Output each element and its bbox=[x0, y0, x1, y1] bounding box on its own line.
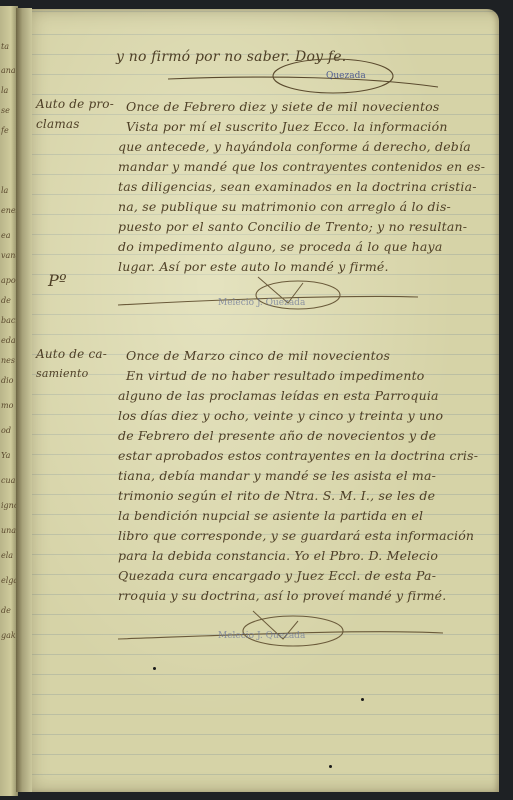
entry-title-line: samiento bbox=[36, 367, 88, 380]
signature-stamp: Quezada bbox=[326, 71, 366, 81]
entry-line: para la debida constancia. Yo el Pbro. D… bbox=[118, 548, 438, 563]
entry-line: mandar y mandé que los contrayentes cont… bbox=[118, 159, 485, 174]
entry-line: tiana, debía mandar y mandé se les asist… bbox=[118, 468, 436, 483]
paper-speck bbox=[361, 698, 364, 701]
entry-line: tas diligencias, sean examinados en la d… bbox=[118, 179, 477, 194]
entry-line: trimonio según el rito de Ntra. S. M. I.… bbox=[118, 488, 435, 503]
entry-line: Once de Febrero diez y siete de mil nove… bbox=[126, 99, 440, 114]
entry-line: los días diez y ocho, veinte y cinco y t… bbox=[118, 408, 443, 423]
signature-stamp: Melecio J. Quezada bbox=[218, 298, 305, 308]
entry-line: puesto por el santo Concilio de Trento; … bbox=[118, 219, 467, 234]
entry-line: la bendición nupcial se asiente la parti… bbox=[118, 508, 423, 523]
entry-line: estar aprobados estos contrayentes en la… bbox=[118, 448, 478, 463]
entry-line: alguno de las proclamas leídas en esta P… bbox=[118, 388, 439, 403]
entry-line: do impedimento alguno, se proceda á lo q… bbox=[118, 239, 442, 254]
paper-speck bbox=[153, 667, 156, 670]
entry-title-line: Auto de ca- bbox=[36, 347, 107, 361]
entry-title-line: clamas bbox=[36, 117, 80, 131]
entry-line: Vista por mí el suscrito Juez Ecco. la i… bbox=[126, 119, 448, 134]
margin-mark: Pº bbox=[48, 271, 67, 290]
entry-line: Once de Marzo cinco de mil novecientos bbox=[126, 348, 390, 363]
entry-line: que antecede, y hayándola conforme á der… bbox=[118, 139, 471, 154]
entry-line: na, se publique su matrimonio con arregl… bbox=[118, 199, 451, 214]
paper-speck bbox=[329, 765, 332, 768]
signature-stamp: Melecio J. Quezada bbox=[218, 631, 305, 641]
entry-title-line: Auto de pro- bbox=[36, 97, 114, 111]
signature-flourish-icon bbox=[108, 271, 428, 321]
entry-line: libro que corresponde, y se guardará est… bbox=[118, 528, 474, 543]
entry-line: En virtud de no haber resultado impedime… bbox=[126, 368, 425, 383]
entry-line: rroquia y su doctrina, así lo proveí man… bbox=[118, 588, 446, 603]
entry-line: de Febrero del presente año de novecient… bbox=[118, 428, 436, 443]
book-gutter bbox=[16, 8, 32, 792]
ledger-page: y no firmó por no saber. Doy fe. Quezada… bbox=[18, 9, 499, 792]
entry-line: Quezada cura encargado y Juez Eccl. de e… bbox=[118, 568, 436, 583]
signature-flourish-icon bbox=[148, 39, 448, 94]
